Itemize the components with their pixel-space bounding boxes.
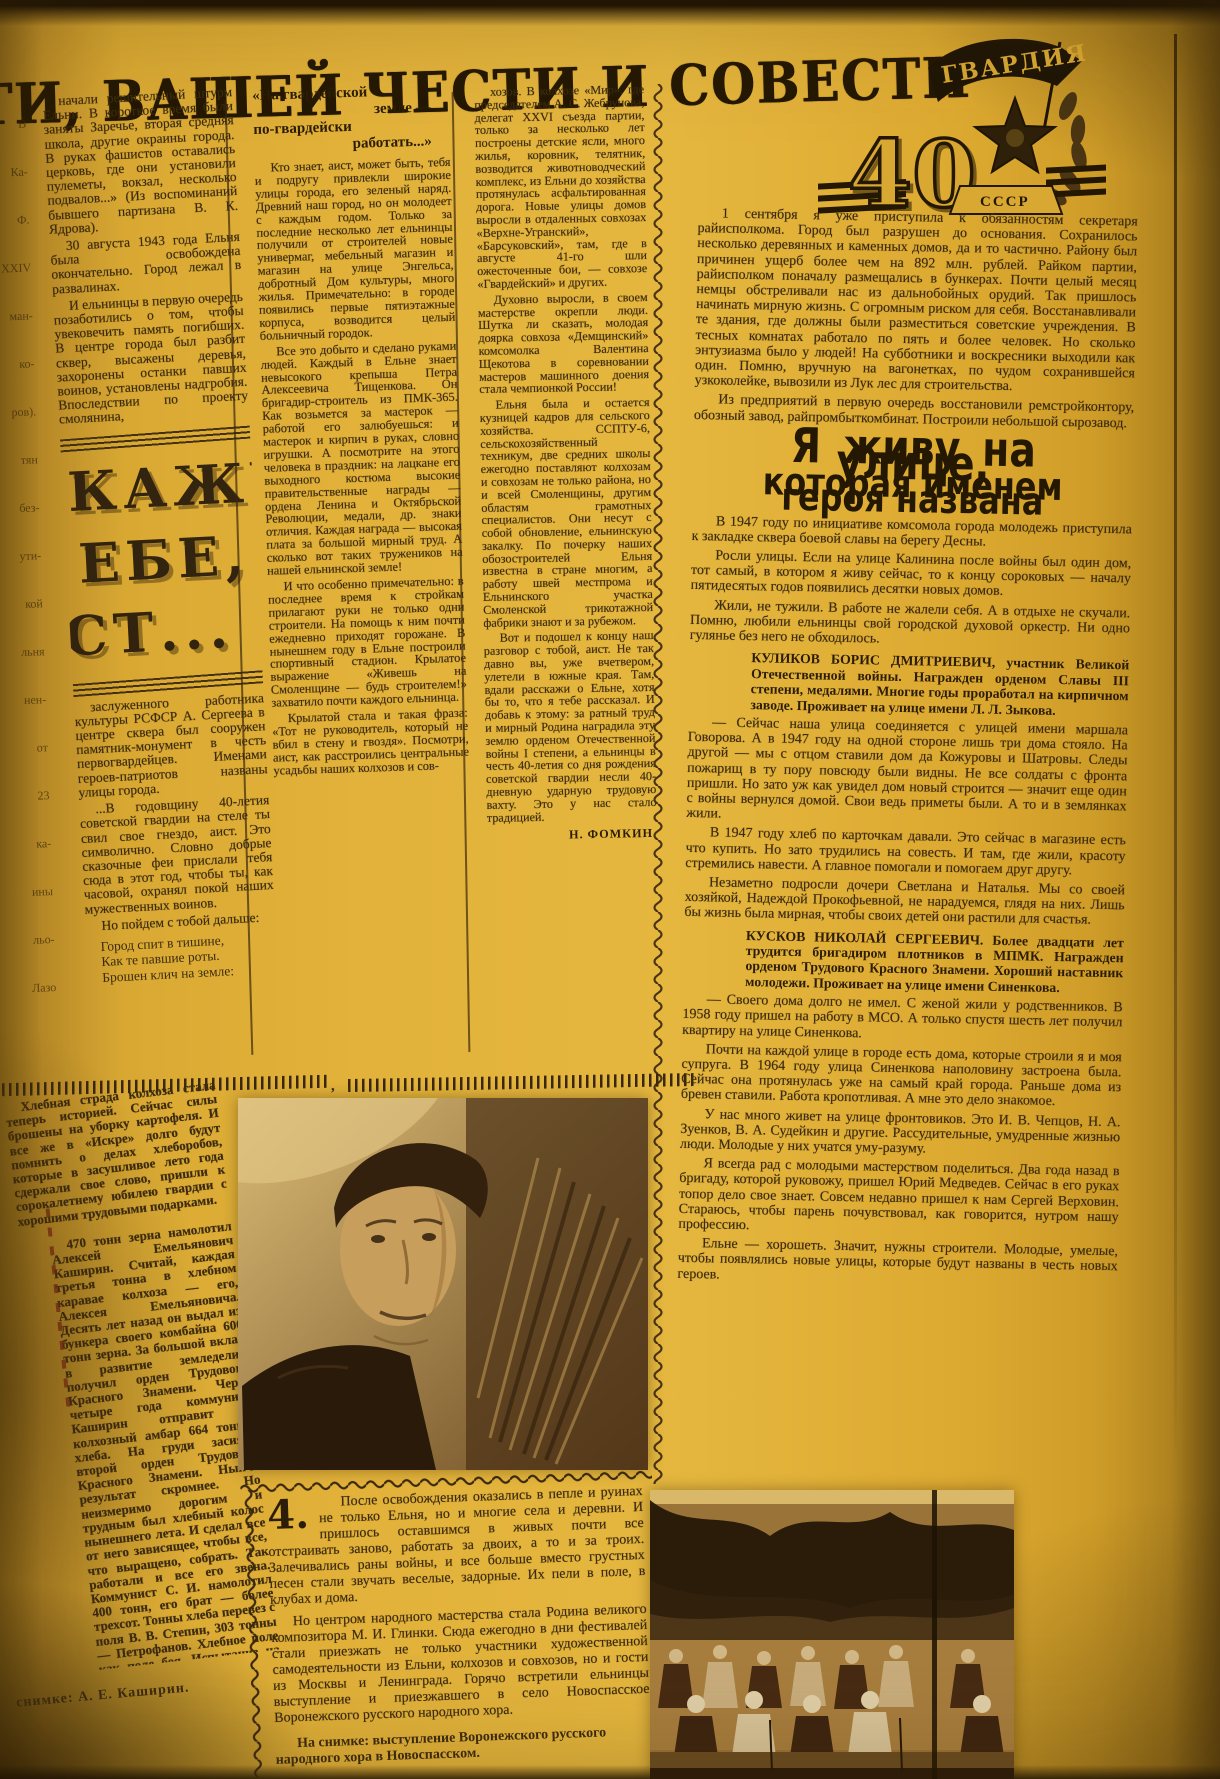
paragraph: хозов. В колхозе «Мир», где председателе… xyxy=(474,83,648,291)
paragraph: Кто знает, аист, может быть, тебя и подр… xyxy=(254,156,456,343)
headline-line: которая именем героя названа xyxy=(727,474,1097,511)
guards-emblem-drawing: ГВАРДИЯ 40 40 СС xyxy=(810,28,1110,223)
box-content: 4. После освобождения оказались в пепле … xyxy=(240,1468,662,1770)
page-top-edge xyxy=(0,0,1220,26)
paragraph: начали решительный штурм Ельни. В коротк… xyxy=(42,85,239,237)
paragraph: И что особенно примечательно: в последне… xyxy=(267,575,467,710)
photo-caption-kashirin: снимке: А. Е. Каширин. xyxy=(16,1680,190,1711)
comb-divider xyxy=(348,1073,698,1092)
paragraph: И ельнинцы в первую очередь позаботились… xyxy=(53,290,249,428)
newspaper-page: ТИ, ВАШЕЙ ЧЕСТИ И СОВЕСТИ ГВАРДИЯ xyxy=(0,0,1220,1779)
deco-line: СКАЖУ xyxy=(42,446,254,530)
paragraph: Ельне — хорошеть. Значит, нужны строител… xyxy=(677,1236,1118,1290)
bottom-caption-box: 4. После освобождения оказались в пепле … xyxy=(240,1468,662,1778)
author-byline: Н. ФОМКИН. xyxy=(487,827,657,843)
paragraph: Духовно выросли, в своем мастерстве окре… xyxy=(478,291,650,396)
page-bottom-edge xyxy=(0,1765,1220,1779)
badge-ribbon-text: СССР xyxy=(980,194,1030,210)
page-right-edge-rule xyxy=(1174,34,1177,1464)
paragraph: Жили, не тужили. В работе не жалели себя… xyxy=(690,598,1131,652)
paragraph: Незаметно подросли дочери Светлана и Нат… xyxy=(684,875,1125,929)
paragraph: После освобождения оказались в пепле и р… xyxy=(267,1484,647,1609)
deco-line: ЕБЕ, xyxy=(77,518,259,599)
wavy-column-divider xyxy=(651,84,665,1489)
kicker-quote: «На гвардейской земле — по-гвардейски ра… xyxy=(252,82,450,156)
deco-line: СТ... xyxy=(62,590,261,672)
paragraph: В 1947 году хлеб по карточкам давали. Эт… xyxy=(685,825,1126,879)
profile-intro-kuskov: КУСКОВ НИКОЛАЙ СЕРГЕЕВИЧ. Более двадцати… xyxy=(745,928,1124,997)
deco-headline-skazhu-tebe-aist: СКАЖУ ЕБЕ, СТ... xyxy=(61,446,262,672)
paragraph: Крылатой стала и такая фраза: «Тот не ру… xyxy=(272,707,470,778)
column-2: «На гвардейской земле — по-гвардейски ра… xyxy=(252,82,479,1078)
portrait-photo xyxy=(238,1098,648,1470)
profile-intro-kulikov: КУЛИКОВ БОРИС ДМИТРИЕВИЧ, участник Велик… xyxy=(750,650,1129,719)
paragraph: Я всегда рад с молодыми мастерством поде… xyxy=(678,1156,1119,1240)
paragraph: — Сейчас наша улица соединяется с улицей… xyxy=(686,715,1128,830)
right-section: 1 сентября я уже приступила к обязанност… xyxy=(673,206,1137,1494)
paragraph: 1 сентября я уже приступила к обязанност… xyxy=(694,206,1137,397)
paragraph: Росли улицы. Если на улице Калинина посл… xyxy=(691,548,1132,602)
paragraph: — Своего дома долго не имел. С женой жил… xyxy=(682,992,1123,1046)
paragraph: заслуженного работника культуры РСФСР А.… xyxy=(74,691,269,800)
column-3: хозов. В колхозе «Мир», где председателе… xyxy=(474,83,661,1076)
choir-photo xyxy=(650,1490,1014,1779)
paragraph: У нас много живет на улице фронтовиков. … xyxy=(680,1106,1121,1160)
photo-caption-choir: На снимке: выступление Воронежского русс… xyxy=(275,1724,652,1769)
divider-comma: , xyxy=(331,1078,335,1095)
paragraph: Ельня была и остается кузницей кадров дл… xyxy=(479,396,653,629)
item-number: 4. xyxy=(267,1498,310,1533)
paragraph: Все это добыто и сделано руками людей. К… xyxy=(260,339,463,577)
guards-40-emblem: ГВАРДИЯ 40 40 СС xyxy=(810,28,1110,223)
paragraph: Почти на каждой улице в городе есть дома… xyxy=(681,1042,1122,1111)
paragraph: Хлебная страда колхоза стала теперь исто… xyxy=(4,1078,229,1229)
paragraph: Но центром народного мастерства стала Ро… xyxy=(271,1602,651,1727)
paragraph: Вот и подошел к концу наш разговор с тоб… xyxy=(484,629,657,824)
paragraph: 30 августа 1943 года Ельня была освобожд… xyxy=(50,230,243,297)
article-headline: Я живу на улице, которая именем героя на… xyxy=(692,437,1133,512)
